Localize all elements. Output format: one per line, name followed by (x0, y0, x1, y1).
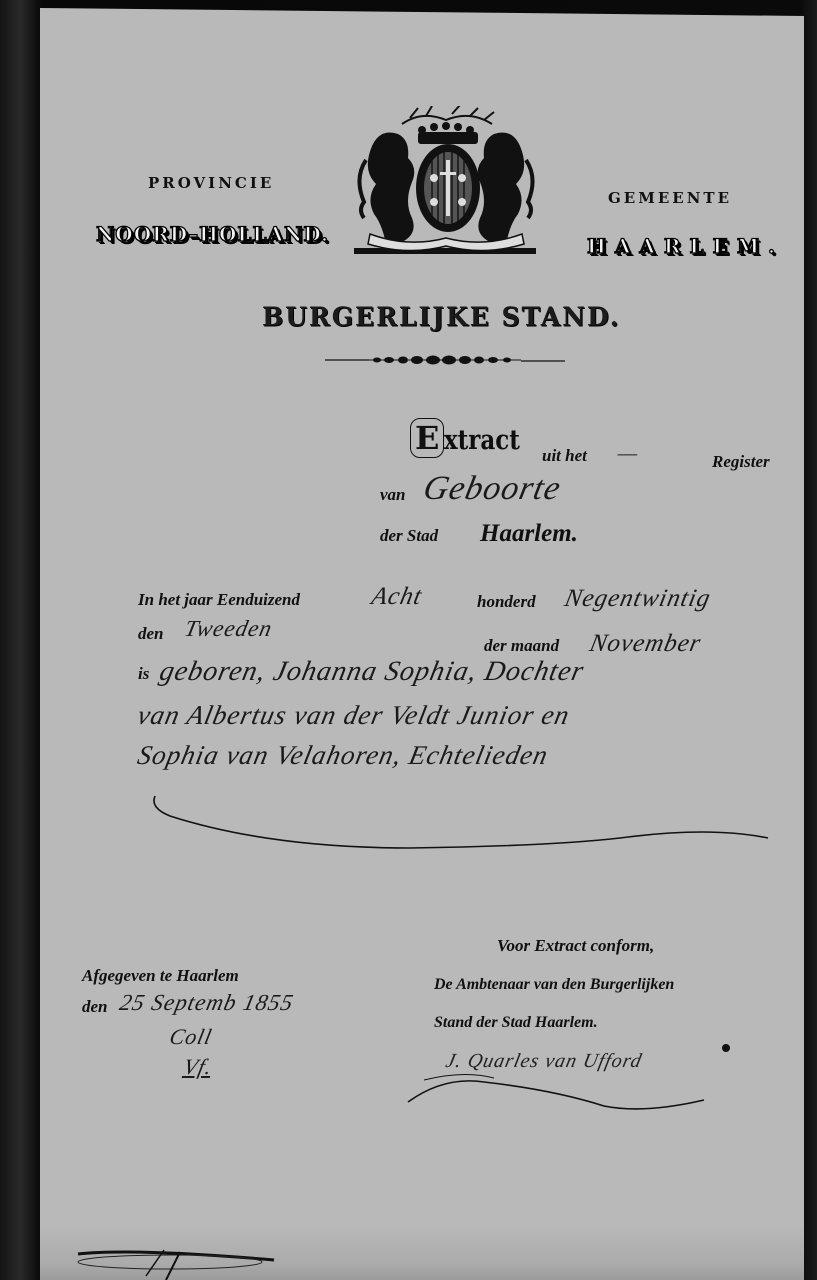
issued-date-handwritten: 25 Septemb 1855 (117, 990, 296, 1016)
signature-flourish (404, 1066, 764, 1116)
body-line2-hand-a: Tweeden (182, 616, 275, 642)
body-line5-hand: Sophia van Velahoren, Echtelieden (135, 740, 551, 771)
coat-of-arms-icon (352, 106, 540, 262)
ornament-divider-icon (325, 352, 565, 368)
municipality-label: GEMEENTE (608, 189, 732, 207)
issued-line1: Afgegeven te Haarlem (82, 966, 239, 986)
conformity-line1: Voor Extract conform, (497, 936, 654, 956)
conformity-line2: De Ambtenaar van den Burgerlijken (434, 976, 674, 994)
extract-initial: E (410, 418, 444, 458)
city-name: Haarlem. (480, 520, 578, 548)
province-label: PROVINCIE (148, 174, 274, 192)
province-name: NOORD–HOLLAND. (96, 222, 329, 246)
issued-note-1: Coll (167, 1024, 214, 1050)
body-line3-hand: geboren, Johanna Sophia, Dochter (157, 656, 587, 688)
body-line3-print-a: is (138, 664, 149, 684)
bottom-pen-mark (74, 1246, 284, 1280)
closing-flourish-line (150, 790, 780, 850)
body-line1-print-b: honderd (477, 592, 536, 612)
body-line1-print-a: In het jaar Eenduizend (138, 590, 300, 610)
extract-heading: Extract (410, 418, 534, 458)
issued-note-2: Vf. (181, 1054, 215, 1080)
body-line2-hand-b: November (587, 630, 704, 658)
body-line2-print-b: der maand (484, 636, 559, 656)
municipality-name: HAARLEM. (587, 234, 784, 258)
van-label: van (380, 485, 406, 505)
extract-word: xtract (444, 425, 520, 456)
extract-text-1: uit het (542, 446, 587, 466)
register-label: Register (712, 452, 770, 472)
register-type-handwritten: Geboorte (420, 470, 564, 508)
ink-blot (722, 1044, 730, 1052)
body-line1-hand-b: Negentwintig (562, 585, 713, 613)
conformity-line3: Stand der Stad Haarlem. (434, 1014, 598, 1032)
der-stad-label: der Stad (380, 526, 438, 546)
body-line2-print-a: den (138, 624, 164, 644)
issued-den: den (82, 997, 108, 1017)
page-title: BURGERLIJKE STAND. (262, 301, 621, 331)
body-line4-hand: van Albertus van der Veldt Junior en (135, 700, 573, 731)
body-line1-hand-a: Acht (369, 583, 425, 611)
